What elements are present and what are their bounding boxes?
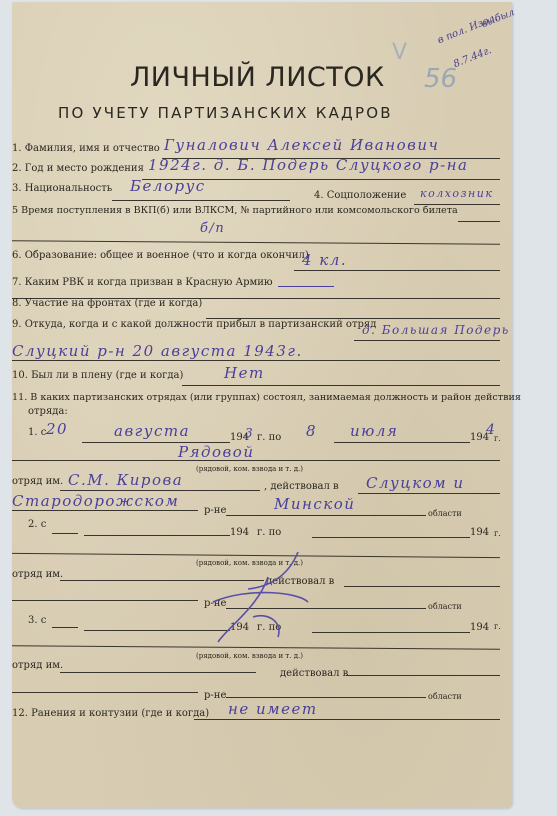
- field-9-origin-line-2: Слуцкий р-н 20 августа 1943г.: [12, 342, 303, 360]
- entry-2-from-year-prefix: 194: [230, 527, 249, 538]
- entry-2-to-year-prefix: 194: [470, 527, 489, 538]
- entry-1-rne-label: р-не: [204, 505, 226, 516]
- entry-1-year-suffix: г.: [494, 434, 501, 443]
- entry-3-year-suffix: г.: [494, 622, 501, 631]
- entry-1-oblast: Минской: [274, 495, 355, 513]
- field-9-origin-line-1: д. Большая Подерь: [362, 323, 510, 337]
- entry-1-position-hint: (рядовой, ком. взвода и т. д.): [196, 465, 303, 473]
- entry-1-region-1: Слуцком и: [366, 474, 465, 492]
- field-3-label: 3. Национальность: [12, 183, 112, 194]
- entry-1-deistvoval-label: , действовал в: [264, 481, 339, 492]
- field-4-social-status: колхозник: [420, 187, 493, 200]
- field-10-label: 10. Был ли в плену (где и когда): [12, 370, 183, 381]
- pencil-page-number: 56: [424, 64, 457, 94]
- entry-1-oblast-label: области: [428, 509, 462, 518]
- corner-note-line-2: в пол. Изол.: [436, 12, 499, 46]
- entry-3-deistvoval-label: действовал в: [280, 668, 348, 679]
- entry-2-num: 2. с: [28, 519, 46, 530]
- field-10-captivity: Нет: [224, 364, 265, 382]
- field-11-label-line-2: отряда:: [28, 406, 68, 417]
- entry-1-otryad-label: отряд им.: [12, 476, 63, 487]
- pencil-check-mark: V: [392, 40, 407, 65]
- field-9-label: 9. Откуда, когда и с какой должности при…: [12, 319, 376, 330]
- field-8-label: 8. Участие на фронтах (где и когда): [12, 298, 202, 309]
- field-5-label: 5 Время поступления в ВКП(б) или ВЛКСМ, …: [12, 205, 458, 216]
- entry-3-position-hint: (рядовой, ком. взвода и т. д.): [196, 652, 303, 660]
- signature-scribble: [208, 547, 318, 647]
- entry-2-year-suffix: г.: [494, 529, 501, 538]
- entry-1-from-year-digit: 3: [245, 426, 254, 440]
- corner-note-line-3: 8.7.44г.: [452, 45, 493, 70]
- field-6-education: 4 кл.: [302, 251, 347, 269]
- field-4-label: 4. Соцположение: [314, 190, 406, 201]
- entry-3-to-year-prefix: 194: [470, 622, 489, 633]
- entry-3-otryad-label: отряд им.: [12, 660, 63, 671]
- entry-3-rne-label: р-не: [204, 690, 226, 701]
- entry-2-otryad-label: отряд им.: [12, 569, 63, 580]
- field-1-label: 1. Фамилия, имя и отчество: [12, 143, 160, 154]
- field-12-wounds: не имеет: [228, 700, 318, 718]
- entry-3-num: 3. с: [28, 615, 46, 626]
- document-sheet: V 56 выбыл в пол. Изол. 8.7.44г. ЛИЧНЫЙ …: [12, 2, 512, 808]
- entry-3-oblast-label: области: [428, 692, 462, 701]
- entry-1-to-day: 8: [306, 422, 317, 440]
- entry-1-from-month: августа: [114, 422, 190, 440]
- entry-1-region-2: Стародорожском: [12, 492, 179, 510]
- field-12-label: 12. Ранения и контузии (где и когда): [12, 708, 209, 719]
- field-6-label: 6. Образование: общее и военное (что и к…: [12, 250, 309, 261]
- field-3-nationality: Белорус: [130, 177, 206, 195]
- entry-1-from-day: 20: [46, 420, 68, 438]
- field-11-label-line-1: 11. В каких партизанских отрядах (или гр…: [12, 392, 521, 403]
- document-title: ЛИЧНЫЙ ЛИСТОК: [130, 62, 385, 93]
- entry-1-num: 1. с: [28, 427, 46, 438]
- field-1-full-name: Гуналович Алексей Иванович: [164, 136, 439, 154]
- entry-1-g-po: г. по: [257, 432, 281, 443]
- entry-1-position: Рядовой: [178, 443, 254, 461]
- entry-2-oblast-label: области: [428, 602, 462, 611]
- field-7-label: 7. Каким РВК и когда призван в Красную А…: [12, 277, 273, 288]
- field-2-birth: 1924г. д. Б. Подерь Слуцкого р-на: [148, 156, 468, 174]
- entry-1-otryad-name: С.М. Кирова: [68, 471, 183, 489]
- entry-1-to-month: июля: [350, 422, 398, 440]
- field-2-label: 2. Год и место рождения: [12, 163, 144, 174]
- document-subtitle: ПО УЧЕТУ ПАРТИЗАНСКИХ КАДРОВ: [58, 104, 393, 122]
- field-5-party-status: б/п: [200, 221, 225, 236]
- entry-2-g-po: г. по: [257, 527, 281, 538]
